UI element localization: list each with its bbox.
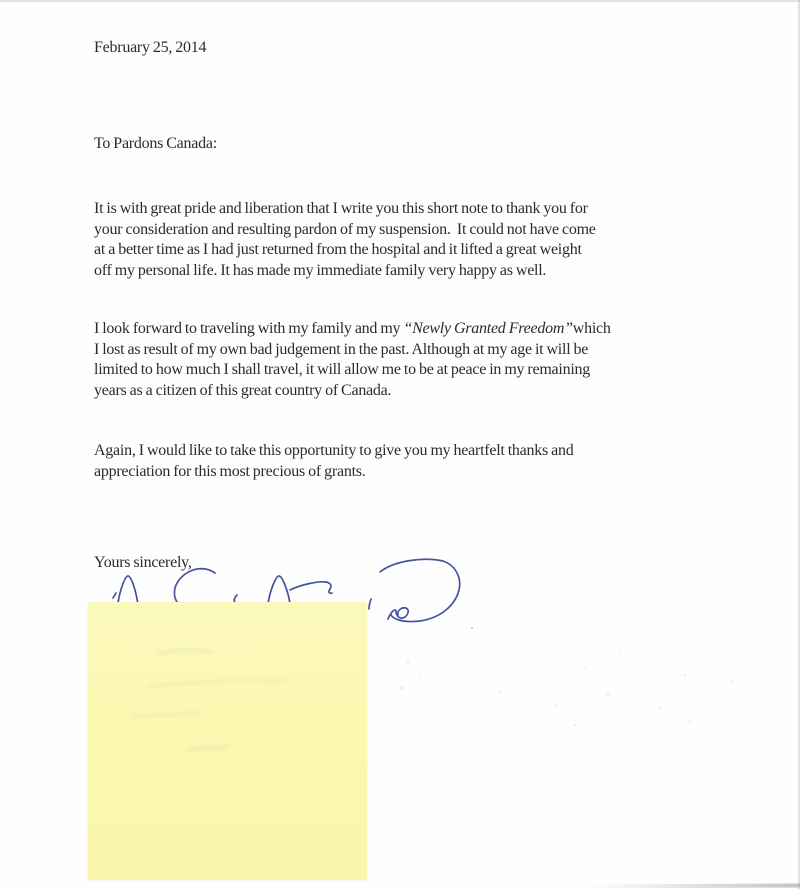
sticky-note-overlay [88, 602, 367, 880]
paragraph-1-line: off my personal life. It has made my imm… [94, 261, 596, 282]
paragraph-3: Again, I would like to take this opportu… [94, 441, 574, 482]
bleed-through-marks [118, 642, 318, 772]
paragraph-1: It is with great pride and liberation th… [94, 199, 596, 282]
paragraph-1-line: your consideration and resulting pardon … [94, 220, 596, 241]
paragraph-2-text: which [573, 320, 611, 337]
paragraph-2-line: I lost as result of my own bad judgement… [94, 340, 611, 361]
paragraph-2-line: years as a citizen of this great country… [94, 381, 611, 402]
paragraph-3-line: appreciation for this most precious of g… [94, 462, 574, 483]
paragraph-2-line: I look forward to traveling with my fami… [94, 319, 611, 340]
paragraph-3-line: Again, I would like to take this opportu… [94, 441, 574, 462]
scanned-letter-page: February 25, 2014 To Pardons Canada: It … [0, 0, 800, 889]
letter-date: February 25, 2014 [94, 38, 206, 59]
paragraph-1-line: It is with great pride and liberation th… [94, 199, 596, 220]
paragraph-2-line: limited to how much I shall travel, it w… [94, 360, 611, 381]
paragraph-2-italic-phrase: “Newly Granted Freedom” [403, 320, 572, 337]
scan-edge-artifact-top [0, 0, 800, 2]
paragraph-2: I look forward to traveling with my fami… [94, 319, 611, 402]
paragraph-1-line: at a better time as I had just returned … [94, 240, 596, 261]
scan-edge-artifact-bottom [588, 883, 800, 888]
scan-noise-speckles [380, 640, 780, 760]
paragraph-2-text: I look forward to traveling with my fami… [94, 320, 403, 337]
letter-salutation: To Pardons Canada: [94, 134, 217, 155]
